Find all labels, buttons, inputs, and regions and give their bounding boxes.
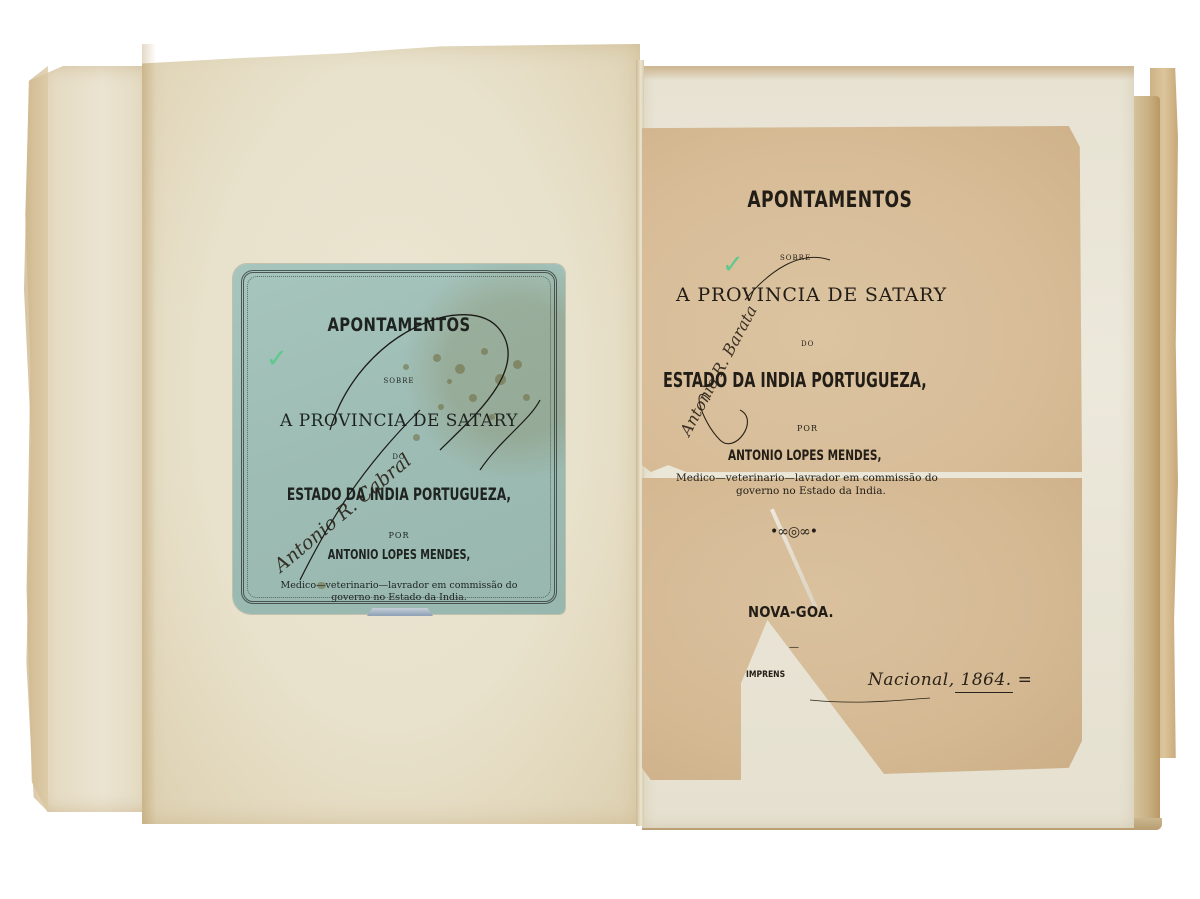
- green-check-icon: ✓: [266, 344, 288, 374]
- label-subtitle-line2: governo no Estado da India.: [233, 592, 565, 603]
- label-province: A PROVINCIA DE SATARY: [233, 411, 565, 431]
- ornament-icon: •∞◎∞•: [770, 524, 817, 540]
- right-page-top-stain: [642, 66, 1134, 80]
- handwritten-imprint: Nacional, 1864. =: [868, 670, 1032, 690]
- handwritten-underline: [955, 692, 1013, 693]
- foxing-spot: [523, 394, 530, 401]
- foxing-spot: [433, 354, 441, 362]
- title-page-sobre: SOBRE: [780, 254, 811, 262]
- title-page-subtitle-line1: Medico—veterinario—lavrador em commissão…: [676, 472, 938, 484]
- foxing-spot: [438, 404, 444, 410]
- foxing-spot: [413, 434, 420, 441]
- green-check-icon: ✓: [722, 250, 744, 280]
- label-bottom-tab: [367, 608, 433, 616]
- foxing-spot: [513, 360, 522, 369]
- foxing-spot: [481, 348, 488, 355]
- foxing-spot: [455, 364, 465, 374]
- label-estado: ESTADO DA INDIA PORTUGUEZA,: [279, 485, 518, 505]
- foxing-spot: [469, 394, 477, 402]
- title-page-title: APONTAMENTOS: [682, 188, 1025, 213]
- flyleaf-edge-shade: [142, 44, 156, 824]
- foxing-spot: [403, 364, 409, 370]
- title-page-do: DO: [801, 340, 814, 348]
- label-por: POR: [233, 531, 565, 540]
- title-page-subtitle-line2: governo no Estado da India.: [736, 485, 886, 497]
- title-page-place: NOVA-GOA.: [748, 603, 834, 621]
- label-sobre: SOBRE: [233, 377, 565, 385]
- title-page-author: ANTONIO LOPES MENDES,: [728, 448, 881, 464]
- title-page-province: A PROVINCIA DE SATARY: [676, 284, 947, 306]
- title-page-lower-fragment: [642, 478, 1082, 780]
- title-page-por: POR: [797, 424, 818, 433]
- title-page-dash: —: [789, 642, 799, 653]
- title-page-imprint-printed: IMPRENS: [746, 670, 785, 680]
- title-page-estado: ESTADO DA INDIA PORTUGUEZA,: [663, 368, 872, 392]
- wrapper-worn-edge: [24, 66, 48, 812]
- label-subtitle-line1: Medico—veterinario—lavrador em commissão…: [233, 580, 565, 591]
- page-edges-inner: [1130, 96, 1160, 826]
- book-photograph: APONTAMENTOS SOBRE A PROVINCIA DE SATARY…: [0, 0, 1200, 899]
- label-title: APONTAMENTOS: [270, 314, 529, 336]
